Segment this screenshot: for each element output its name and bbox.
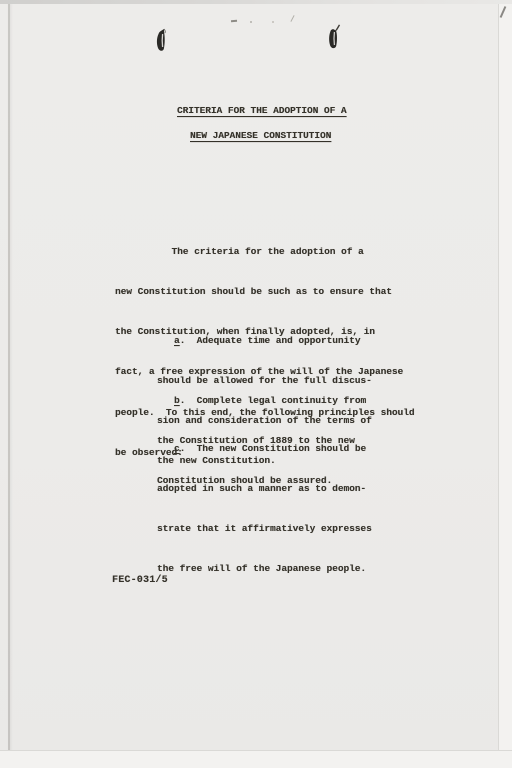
ink-mark-right (325, 24, 341, 56)
speck-dot (272, 21, 274, 23)
section-c: c. The new Constitution should be adopte… (157, 415, 372, 603)
paragraph-line: new Constitution should be such as to en… (115, 285, 415, 298)
paragraph-line: The criteria for the adoption of a (115, 245, 415, 258)
section-line: the free will of the Japanese people. (157, 562, 372, 575)
section-line: c. The new Constitution should be (157, 442, 372, 455)
section-line: b. Complete legal continuity from (157, 394, 366, 407)
speck-dot (250, 21, 252, 23)
document-page: CRITERIA FOR THE ADOPTION OF A NEW JAPAN… (0, 0, 512, 768)
scan-right-margin (498, 4, 512, 768)
doc-title-line-1: CRITERIA FOR THE ADOPTION OF A (177, 104, 347, 117)
ink-mark-left (154, 28, 169, 58)
section-text: . Complete legal continuity from (180, 395, 366, 406)
section-line: a. Adequate time and opportunity (157, 334, 372, 347)
doc-title-line-2: NEW JAPANESE CONSTITUTION (190, 129, 331, 142)
section-text: . Adequate time and opportunity (180, 335, 361, 346)
document-reference-number: FEC-031/5 (112, 574, 168, 587)
section-line: adopted in such a manner as to demon- (157, 482, 372, 495)
section-text: . The new Constitution should be (180, 443, 366, 454)
scan-bottom-margin (0, 750, 512, 768)
speck-slash (290, 15, 294, 22)
scan-top-edge (0, 0, 512, 4)
section-line: strate that it affirmatively expresses (157, 522, 372, 535)
speck-dash (231, 20, 237, 22)
paper-left-edge (8, 3, 10, 768)
